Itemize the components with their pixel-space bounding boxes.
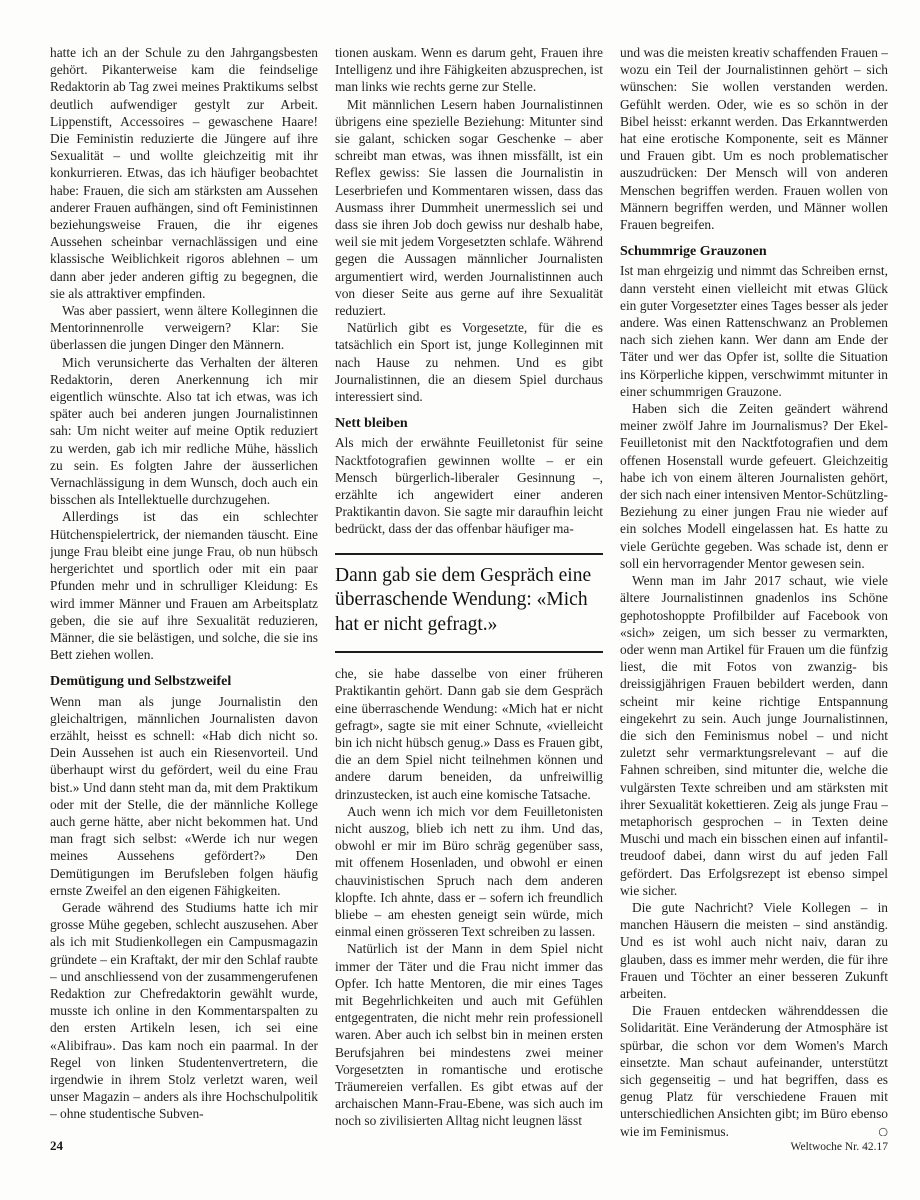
article-columns: hatte ich an der Schule zu den Jahrgangs…: [50, 44, 888, 1136]
paragraph: Natürlich gibt es Vorgesetzte, für die e…: [335, 319, 603, 405]
column-2: tionen auskam. Wenn es darum geht, Fraue…: [335, 44, 603, 1136]
paragraph-text: Die Frauen entdecken währenddessen die S…: [620, 1003, 888, 1136]
paragraph: Wenn man im Jahr 2017 schaut, wie viele …: [620, 572, 888, 899]
end-of-article-icon: ○: [866, 1123, 888, 1136]
section-heading-nett-bleiben: Nett bleiben: [335, 415, 603, 432]
paragraph: Die Frauen entdecken währenddessen die S…: [620, 1002, 888, 1136]
paragraph: tionen auskam. Wenn es darum geht, Fraue…: [335, 44, 603, 96]
magazine-page: hatte ich an der Schule zu den Jahrgangs…: [0, 0, 920, 1200]
paragraph: hatte ich an der Schule zu den Jahrgangs…: [50, 44, 318, 302]
paragraph: Gerade während des Studiums hatte ich mi…: [50, 899, 318, 1123]
column-1: hatte ich an der Schule zu den Jahrgangs…: [50, 44, 318, 1136]
pull-quote-text: Dann gab sie dem Gespräch eine überrasch…: [335, 564, 603, 638]
paragraph: Ist man ehrgeizig und nimmt das Schreibe…: [620, 262, 888, 400]
paragraph: che, sie habe dasselbe von einer frühere…: [335, 665, 603, 803]
page-footer: 24 Weltwoche Nr. 42.17: [50, 1138, 888, 1154]
paragraph: Haben sich die Zeiten geändert während m…: [620, 400, 888, 572]
section-heading-schummrige-grauzonen: Schummrige Grauzonen: [620, 243, 888, 260]
section-heading-demuetigung: Demütigung und Selbstzweifel: [50, 673, 318, 690]
paragraph: Mich verunsicherte das Verhalten der ält…: [50, 354, 318, 509]
column-3: und was die meisten kreativ schaffenden …: [620, 44, 888, 1136]
page-number: 24: [50, 1138, 63, 1154]
paragraph: und was die meisten kreativ schaffenden …: [620, 44, 888, 233]
paragraph: Allerdings ist das ein schlechter Hütche…: [50, 508, 318, 663]
paragraph: Natürlich ist der Mann in dem Spiel nich…: [335, 940, 603, 1129]
pull-quote: Dann gab sie dem Gespräch eine überrasch…: [335, 553, 603, 654]
issue-label: Weltwoche Nr. 42.17: [791, 1141, 888, 1153]
paragraph: Die gute Nachricht? Viele Kollegen – in …: [620, 899, 888, 1002]
paragraph: Als mich der erwähnte Feuilletonist für …: [335, 434, 603, 537]
paragraph: Was aber passiert, wenn ältere Kolleginn…: [50, 302, 318, 354]
paragraph: Wenn man als junge Journalistin den glei…: [50, 693, 318, 899]
paragraph: Mit männlichen Lesern haben Journalistin…: [335, 96, 603, 320]
paragraph: Auch wenn ich mich vor dem Feuilletonist…: [335, 803, 603, 941]
